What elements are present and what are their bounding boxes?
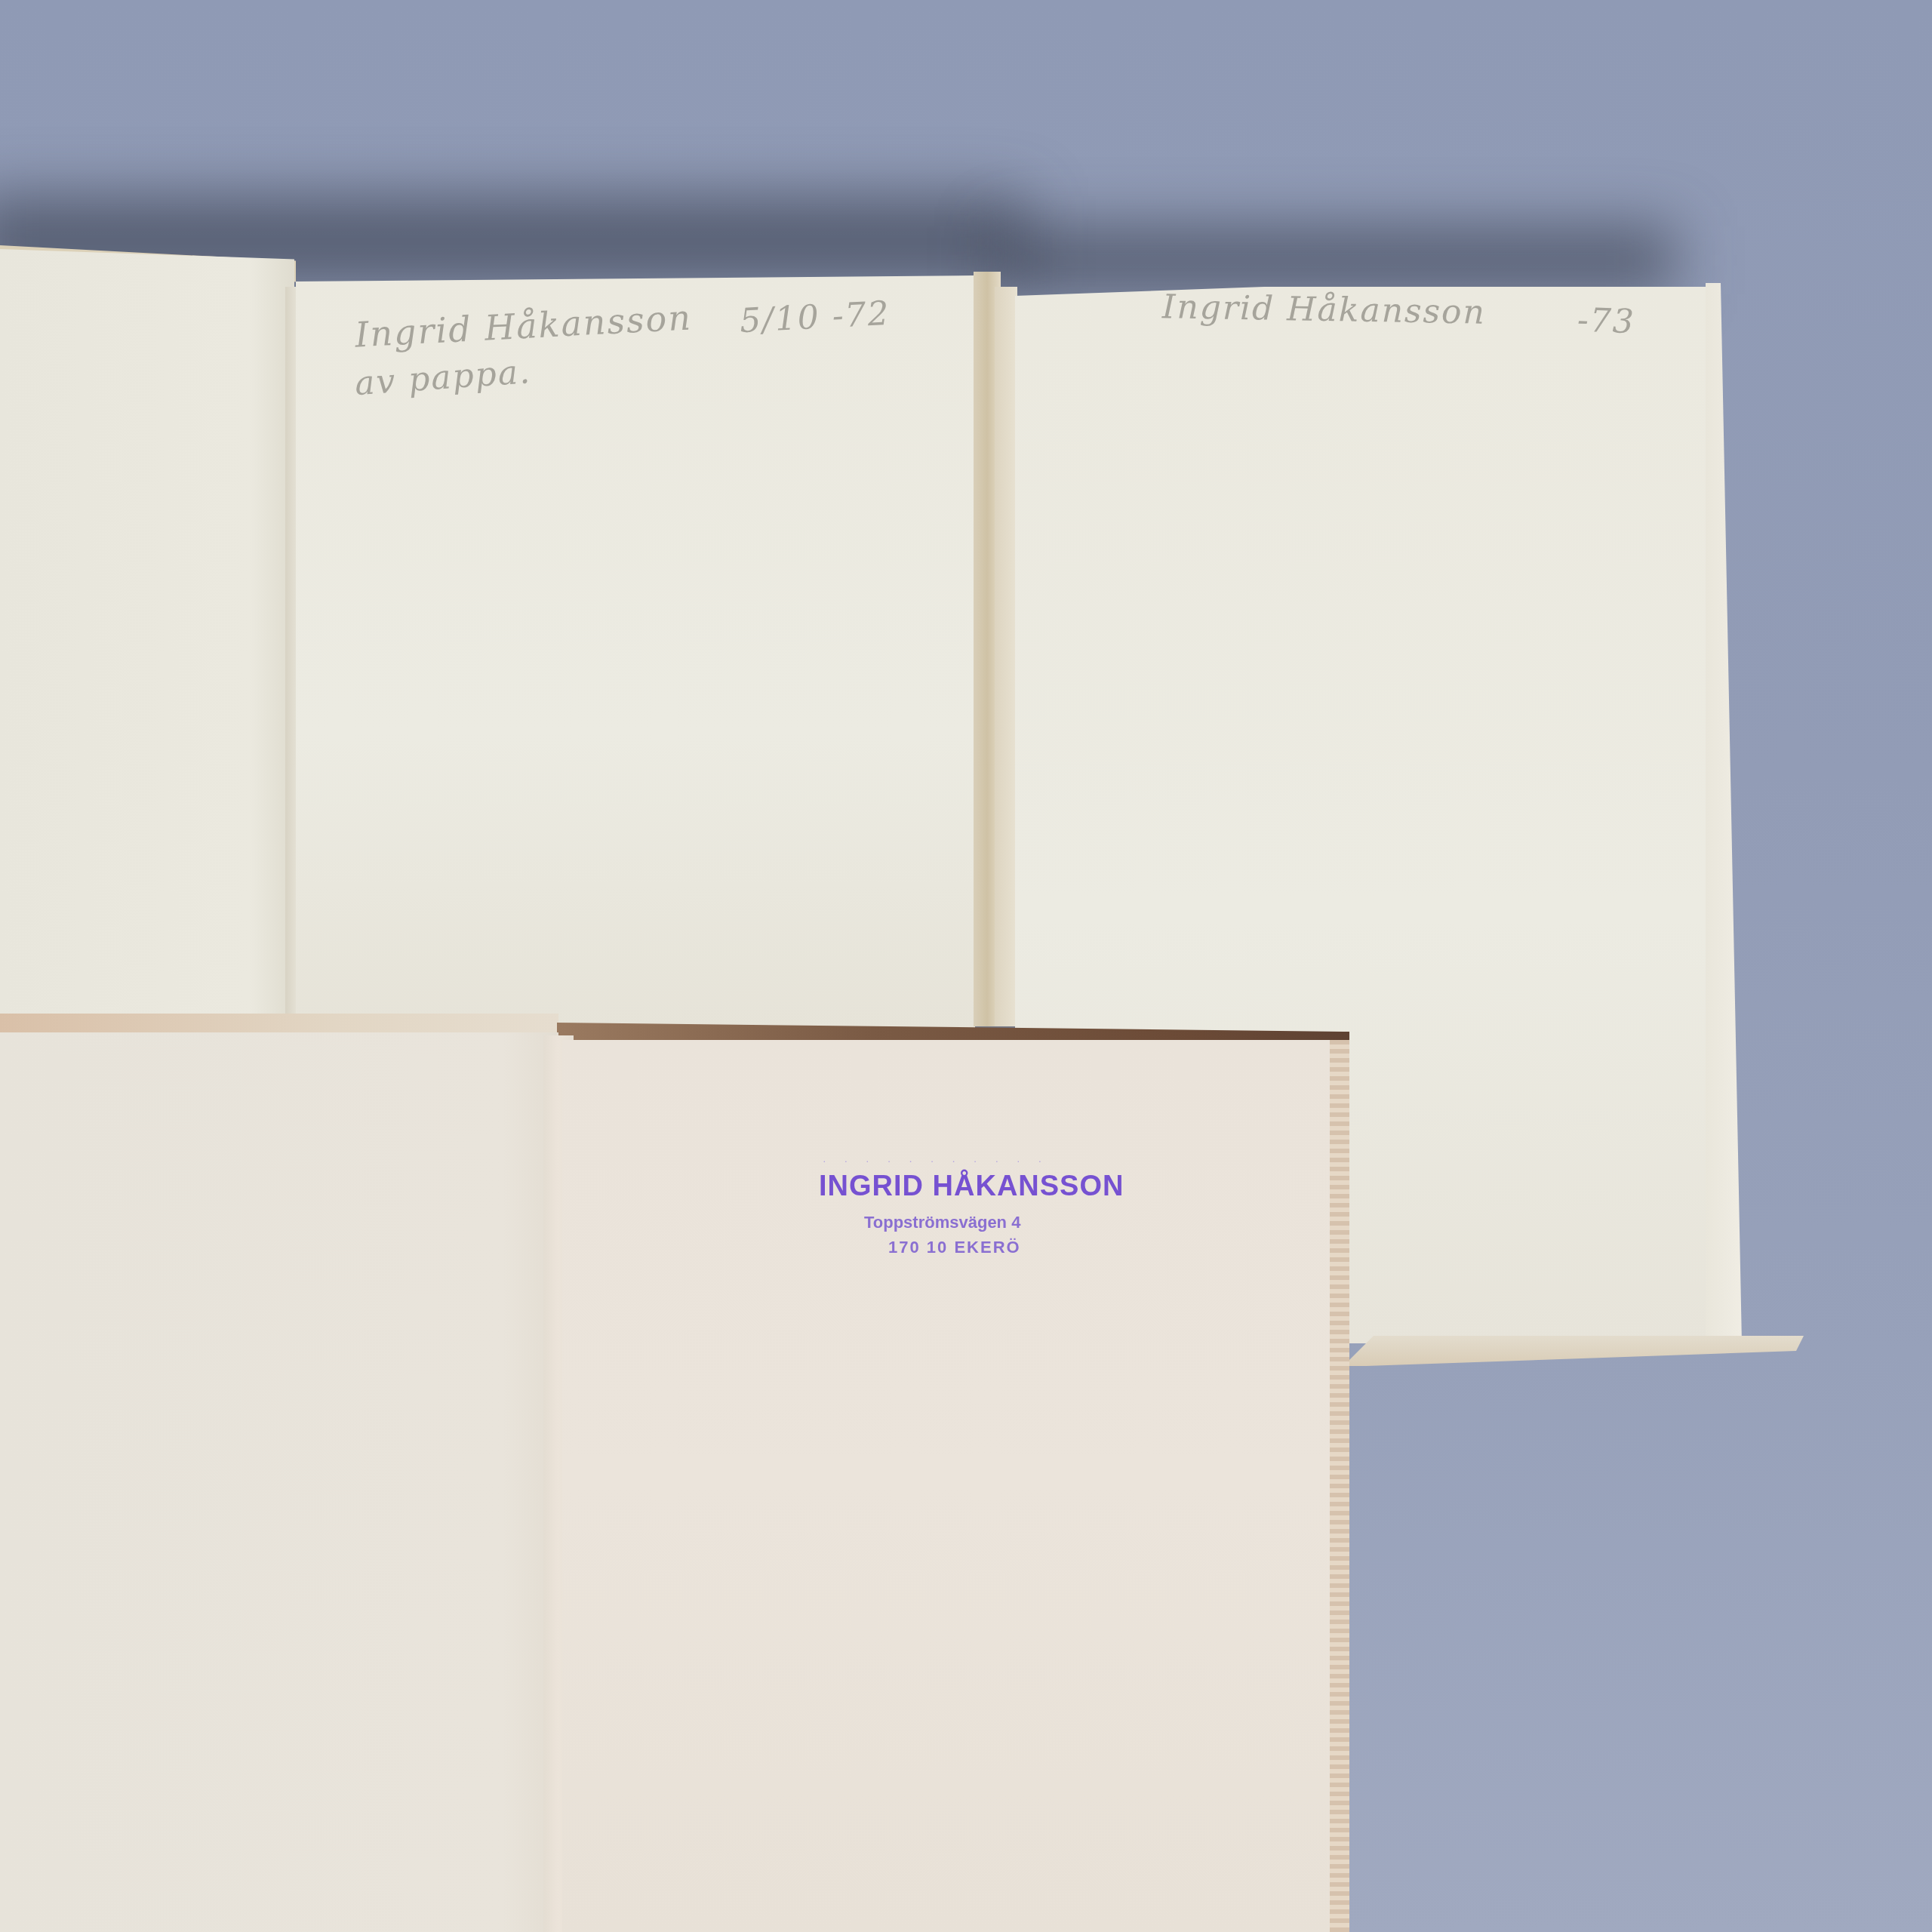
book2-spine-edge xyxy=(995,287,1017,1026)
book2-bottom-edge xyxy=(1343,1336,1804,1366)
book1-left-page xyxy=(0,249,294,1052)
stamp-street-address: Toppströmsvägen 4 xyxy=(819,1209,1136,1236)
stamp-faint-line: · · · · · · · · · · · xyxy=(819,1155,1136,1170)
inscription-date-book1: 5/10 -72 xyxy=(739,294,891,340)
inscription-name-book2: Ingrid Håkansson xyxy=(1162,288,1487,331)
inscription-year-book2: -73 xyxy=(1577,301,1636,342)
book3-fore-edge xyxy=(1330,1040,1349,1932)
book3-left-page xyxy=(0,1032,558,1932)
stamp-owner-name: INGRID HÅKANSSON xyxy=(819,1170,1136,1203)
book2-cover-edge xyxy=(1706,283,1742,1343)
book-shadow-top-right xyxy=(996,226,1675,294)
ownership-stamp: · · · · · · · · · · · INGRID HÅKANSSON T… xyxy=(819,1155,1136,1259)
stamp-postal-city: 170 10 EKERÖ xyxy=(819,1236,1136,1259)
